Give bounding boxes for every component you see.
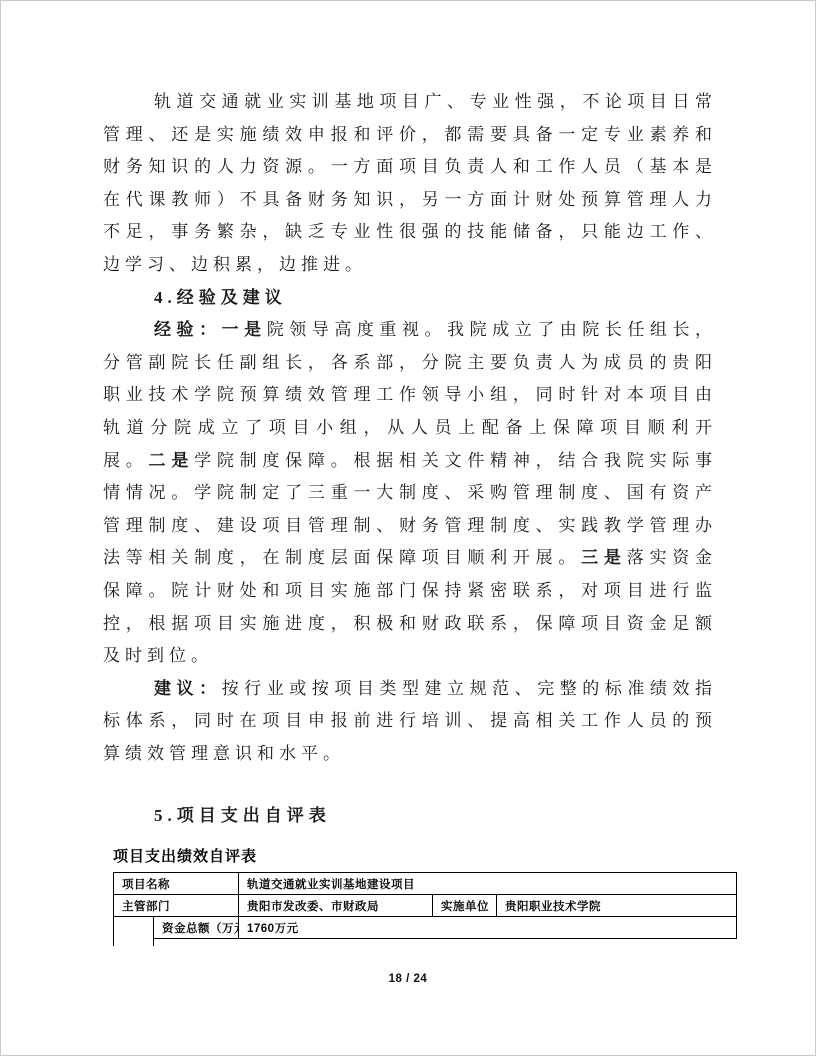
run-third-lead: 三是 xyxy=(581,548,627,567)
run-experience-lead: 经验：一是 xyxy=(154,320,267,339)
table-row-project-name: 项目名称 轨道交通就业实训基地建设项目 xyxy=(114,873,737,895)
run-second-lead: 二是 xyxy=(149,451,195,470)
cell-project-name-value: 轨道交通就业实训基地建设项目 xyxy=(239,873,737,895)
cell-funds-total-label: 资金总额（万元） xyxy=(154,917,239,939)
paragraph-suggestions: 建议：按行业或按项目类型建立规范、完整的标准绩效指标体系，同时在项目申报前进行培… xyxy=(103,673,717,771)
page-number: 18 / 24 xyxy=(0,973,816,985)
run-suggestion-lead: 建议： xyxy=(154,679,222,698)
cell-project-name-label: 项目名称 xyxy=(114,873,239,895)
document-body: 轨道交通就业实训基地项目广、专业性强，不论项目日常管理、还是实施绩效申报和评价，… xyxy=(103,86,717,833)
table-row-funds: 资金总额（万元） 1760万元 xyxy=(114,917,737,939)
table-title: 项目支出绩效自评表 xyxy=(113,845,737,866)
table-cutoff-cell-continuation xyxy=(113,939,154,946)
heading-experience-suggestions: 4.经验及建议 xyxy=(103,282,717,315)
table-row-departments: 主管部门 贵阳市发改委、市财政局 实施单位 贵阳职业技术学院 xyxy=(114,895,737,917)
heading-self-eval-table: 5.项目支出自评表 xyxy=(103,800,717,833)
project-self-eval-table: 项目名称 轨道交通就业实训基地建设项目 主管部门 贵阳市发改委、市财政局 实施单… xyxy=(113,872,737,939)
self-eval-table-section: 项目支出绩效自评表 项目名称 轨道交通就业实训基地建设项目 主管部门 贵阳市发改… xyxy=(113,845,737,946)
paragraph-intro: 轨道交通就业实训基地项目广、专业性强，不论项目日常管理、还是实施绩效申报和评价，… xyxy=(103,86,717,282)
cell-implementer-value: 贵阳职业技术学院 xyxy=(497,895,737,917)
cell-funds-total-value: 1760万元 xyxy=(239,917,737,939)
cell-implementer-label: 实施单位 xyxy=(433,895,497,917)
cell-supervisor-value: 贵阳市发改委、市财政局 xyxy=(239,895,433,917)
run-experience-1: 院领导高度重视。我院成立了由院长任组长，分管副院长任副组长，各系部，分院主要负责… xyxy=(103,320,717,469)
cell-supervisor-label: 主管部门 xyxy=(114,895,239,917)
paragraph-experience: 经验：一是院领导高度重视。我院成立了由院长任组长，分管副院长任副组长，各系部，分… xyxy=(103,314,717,673)
cell-funds-group-empty xyxy=(114,917,154,939)
